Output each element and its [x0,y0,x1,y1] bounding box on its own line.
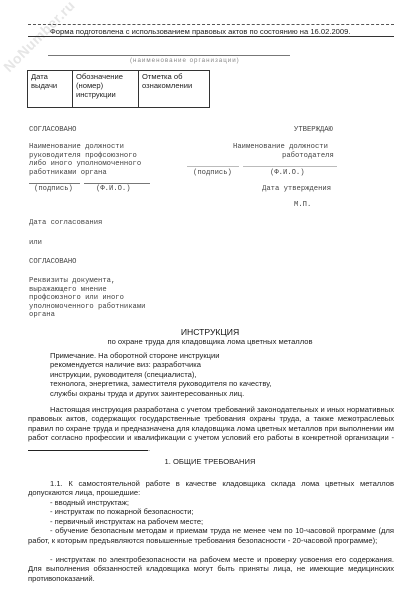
issue-table: Дата выдачи Обозначение (номер) инструкц… [27,70,210,108]
requisites-line-1: Реквизиты документа, [29,277,115,286]
watermark: NoNumber.ru [0,0,78,75]
right-name-line [243,166,337,167]
approve-heading: УТВЕРЖДАЮ [294,126,333,135]
left-name-caption: (Ф.И.О.) [96,185,131,194]
left-signature-caption: (подпись) [34,185,73,194]
organization-name-line [48,55,290,56]
requisites-line-5: органа [29,311,55,320]
left-name-line [84,183,150,184]
left-position-line-2: руководителя профсоюзного [29,152,137,161]
right-position-line-2: работодателя [282,152,334,161]
approval-date-label: Дата утверждения [262,185,331,194]
right-name-caption: (Ф.И.О.) [270,169,305,178]
document-subtitle: по охране труда для кладовщика лома цвет… [0,337,420,346]
left-position-line-3: либо иного уполномоченного [29,160,141,169]
requisites-line-2: выражающего мнение [29,286,107,295]
right-position-line-1: Наименование должности [233,143,328,152]
list-item: - вводный инструктаж; [50,498,129,507]
or-label: или [29,239,42,248]
note-line-1: Примечание. На оборотной стороне инструк… [50,351,220,360]
left-position-line-4: работниками органа [29,169,107,178]
agreement-date-label: Дата согласования [29,219,102,228]
table-header-instruction-number: Обозначение (номер) инструкции [73,71,139,108]
section-1-paragraph-1: 1.1. К самостоятельной работе в качестве… [28,479,394,498]
list-item: - инструктаж по электробезопасности на р… [28,555,394,583]
agreed-heading-2: СОГЛАСОВАНО [29,258,76,267]
list-item: - первичный инструктаж на рабочем месте; [50,517,203,526]
stamp-label: М.П. [294,201,311,210]
intro-paragraph: Настоящая инструкция разработана с учето… [28,405,394,453]
table-header-issue-date: Дата выдачи [28,71,73,108]
list-item: - инструктаж по пожарной безопасности; [50,507,194,516]
right-signature-line [187,166,239,167]
organization-caption: (наименование организации) [130,57,240,64]
section-1-title: 1. ОБЩИЕ ТРЕБОВАНИЯ [0,457,420,466]
note-line-3: инструкции, руководителя (специалиста), [50,370,196,379]
right-signature-caption: (подпись) [193,169,232,178]
left-signature-line [29,183,80,184]
intro-end: . [148,444,150,453]
document-title: ИНСТРУКЦИЯ [0,327,420,337]
header-bottom-rule [28,36,394,37]
organization-blank-field [28,443,148,451]
requisites-line-3: профсоюзного или иного [29,294,124,303]
agreed-heading: СОГЛАСОВАНО [29,126,76,135]
note-line-2: рекомендуется наличие виз: разработчика [50,360,201,369]
intro-text: Настоящая инструкция разработана с учето… [28,405,394,442]
requisites-line-4: уполномоченного работниками [29,303,145,312]
form-note: Форма подготовлена с использованием прав… [50,27,350,36]
left-position-line-1: Наименование должности [29,143,124,152]
list-item: - обучение безопасным методам и приемам … [28,526,394,545]
note-line-4: технолога, энергетика, заместителя руков… [50,379,271,388]
note-line-5: службы охраны труда и других заинтересов… [50,389,244,398]
header-top-rule [28,24,394,25]
table-header-acknowledgement: Отметка об ознакомлении [139,71,210,108]
